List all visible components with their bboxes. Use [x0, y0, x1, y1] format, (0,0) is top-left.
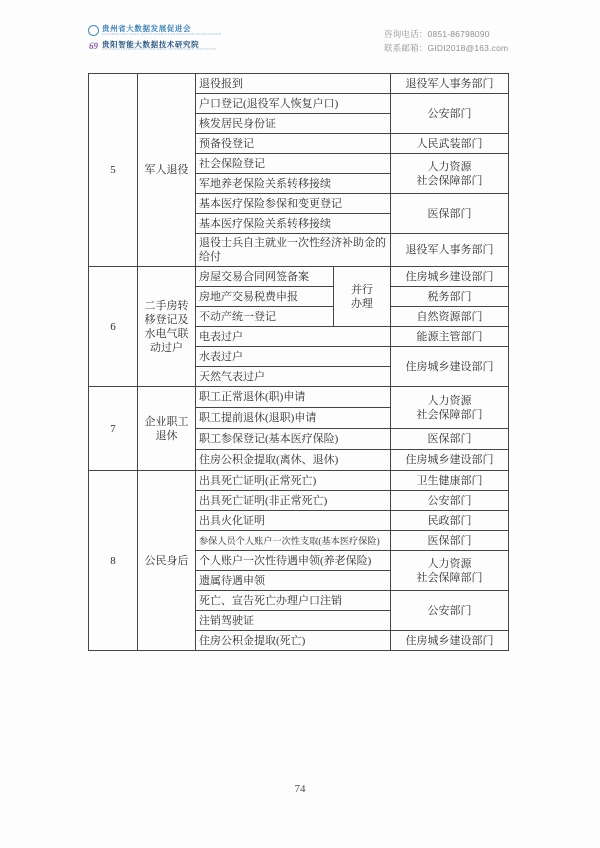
- department-cell: 能源主管部门: [391, 327, 509, 347]
- row-number-cell: 5: [89, 74, 138, 267]
- department-cell: 公安部门: [391, 94, 509, 134]
- table-row: 6二手房转移登记及水电气联动过户房屋交易合同网签备案并行 办理住房城乡建设部门: [89, 267, 509, 287]
- service-item-cell: 军地养老保险关系转移接续: [196, 174, 391, 194]
- email-label: 联系邮箱：: [384, 43, 428, 53]
- department-cell: 自然资源部门: [391, 307, 509, 327]
- institute-logo-subtitle: GUIYANG INTELLIGENT BIG DATA TECHNOLOGY …: [102, 48, 216, 52]
- department-cell: 民政部门: [391, 511, 509, 531]
- page-footer: 74: [0, 783, 600, 795]
- email-value: GIDI2018@163.com: [428, 43, 509, 53]
- service-item-cell: 预备役登记: [196, 134, 391, 154]
- association-logo: 贵州省大数据发展促进会 GUIZHOU BIG DATA DEVELOPMENT…: [88, 25, 222, 37]
- table-row: 7企业职工退休职工正常退休(职)申请人力资源 社会保障部门: [89, 387, 509, 408]
- logo-block: 贵州省大数据发展促进会 GUIZHOU BIG DATA DEVELOPMENT…: [88, 25, 222, 56]
- contact-info: 咨询电话：0851-86798090 联系邮箱：GIDI2018@163.com: [384, 27, 508, 55]
- service-item-cell: 住房公积金提取(死亡): [196, 631, 391, 651]
- service-item-cell: 房屋交易合同网签备案: [196, 267, 334, 287]
- department-cell: 公安部门: [391, 491, 509, 511]
- service-item-cell: 核发居民身份证: [196, 114, 391, 134]
- service-item-cell: 水表过户: [196, 347, 391, 367]
- service-item-cell: 房地产交易税费申报: [196, 287, 334, 307]
- department-cell: 人力资源 社会保障部门: [391, 387, 509, 429]
- department-cell: 医保部门: [391, 194, 509, 234]
- department-cell: 医保部门: [391, 531, 509, 551]
- department-cell: 税务部门: [391, 287, 509, 307]
- department-cell: 人力资源 社会保障部门: [391, 551, 509, 591]
- department-cell: 卫生健康部门: [391, 471, 509, 491]
- phone-value: 0851-86798090: [428, 29, 490, 39]
- service-item-cell: 参保人员个人账户一次性支取(基本医疗保险): [196, 531, 391, 551]
- service-item-cell: 天然气表过户: [196, 367, 391, 387]
- service-item-cell: 基本医疗保险参保和变更登记: [196, 194, 391, 214]
- department-cell: 住房城乡建设部门: [391, 450, 509, 471]
- service-item-cell: 遗属待遇申领: [196, 571, 391, 591]
- department-cell: 人力资源 社会保障部门: [391, 154, 509, 194]
- row-number-cell: 7: [89, 387, 138, 471]
- services-table-body: 5军人退役退役报到退役军人事务部门户口登记(退役军人恢复户口)公安部门核发居民身…: [89, 74, 509, 651]
- department-cell: 公安部门: [391, 591, 509, 631]
- association-globe-icon: [88, 25, 99, 36]
- category-cell: 二手房转移登记及水电气联动过户: [138, 267, 196, 387]
- department-cell: 退役军人事务部门: [391, 74, 509, 94]
- page-number: 74: [295, 783, 306, 795]
- service-item-cell: 社会保险登记: [196, 154, 391, 174]
- service-item-cell: 出具火化证明: [196, 511, 391, 531]
- service-item-cell: 出具死亡证明(正常死亡): [196, 471, 391, 491]
- service-item-cell: 出具死亡证明(非正常死亡): [196, 491, 391, 511]
- department-cell: 住房城乡建设部门: [391, 267, 509, 287]
- institute-logo: 贵阳智能大数据技术研究院 GUIYANG INTELLIGENT BIG DAT…: [88, 41, 222, 53]
- table-row: 5军人退役退役报到退役军人事务部门: [89, 74, 509, 94]
- institute-swirl-icon: [88, 41, 99, 52]
- document-page: 贵州省大数据发展促进会 GUIZHOU BIG DATA DEVELOPMENT…: [0, 0, 600, 848]
- service-item-cell: 退役报到: [196, 74, 391, 94]
- department-cell: 退役军人事务部门: [391, 234, 509, 267]
- service-item-cell: 基本医疗保险关系转移接续: [196, 214, 391, 234]
- services-table: 5军人退役退役报到退役军人事务部门户口登记(退役军人恢复户口)公安部门核发居民身…: [88, 73, 509, 651]
- service-item-cell: 个人账户一次性待遇申领(养老保险): [196, 551, 391, 571]
- category-cell: 公民身后: [138, 471, 196, 651]
- service-item-cell: 退役士兵自主就业一次性经济补助金的给付: [196, 234, 391, 267]
- service-item-cell: 户口登记(退役军人恢复户口): [196, 94, 391, 114]
- department-cell: 住房城乡建设部门: [391, 631, 509, 651]
- row-number-cell: 6: [89, 267, 138, 387]
- service-item-cell: 职工正常退休(职)申请: [196, 387, 391, 408]
- association-logo-subtitle: GUIZHOU BIG DATA DEVELOPMENT PROMOTION A…: [102, 33, 222, 37]
- table-row: 8公民身后出具死亡证明(正常死亡)卫生健康部门: [89, 471, 509, 491]
- row-number-cell: 8: [89, 471, 138, 651]
- department-cell: 人民武装部门: [391, 134, 509, 154]
- service-item-cell: 职工参保登记(基本医疗保险): [196, 429, 391, 450]
- contact-phone-line: 咨询电话：0851-86798090: [384, 27, 508, 41]
- phone-label: 咨询电话：: [384, 29, 428, 39]
- contact-email-line: 联系邮箱：GIDI2018@163.com: [384, 41, 508, 55]
- service-item-cell: 不动产统一登记: [196, 307, 334, 327]
- service-item-cell: 电表过户: [196, 327, 391, 347]
- department-cell: 医保部门: [391, 429, 509, 450]
- service-item-cell: 死亡、宣告死亡办理户口注销: [196, 591, 391, 611]
- category-cell: 企业职工退休: [138, 387, 196, 471]
- department-cell: 住房城乡建设部门: [391, 347, 509, 387]
- service-item-cell: 注销驾驶证: [196, 611, 391, 631]
- service-item-cell: 住房公积金提取(离休、退休): [196, 450, 391, 471]
- parallel-handling-cell: 并行 办理: [334, 267, 391, 327]
- service-item-cell: 职工提前退休(退职)申请: [196, 408, 391, 429]
- category-cell: 军人退役: [138, 74, 196, 267]
